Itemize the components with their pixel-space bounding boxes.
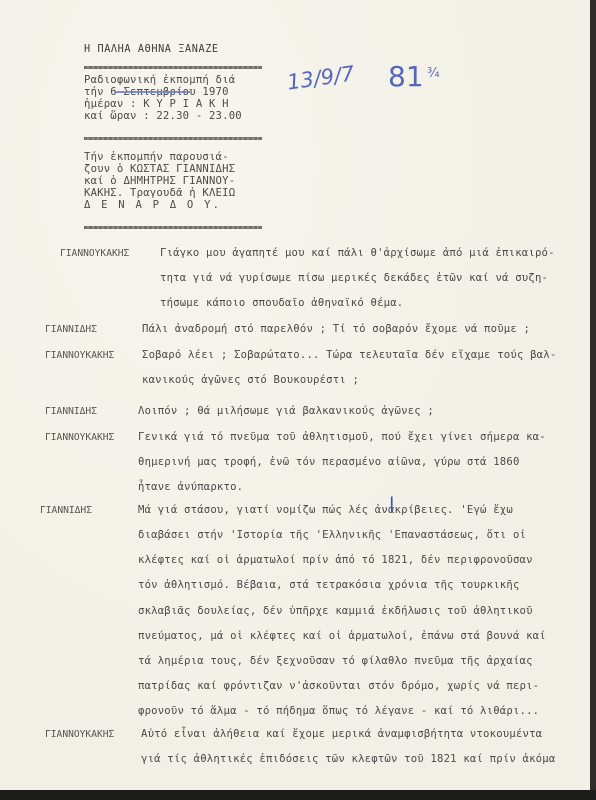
dialogue-line: σκλαβιᾶς δουλείας, δέν ὑπῆρχε καμμιά ἐκδ… xyxy=(138,605,533,617)
broadcast-line: καί ὥραν : 22.30 - 23.00 xyxy=(84,110,242,122)
document-title: Η ΠΑΛΗΑ ΑΘΗΝΑ ΞΑΝΑΖΕ xyxy=(84,44,219,55)
divider-rule xyxy=(84,137,262,140)
dialogue-line: Πάλι ἀναδρομή στό παρελθόν ; Τί τό σοβαρ… xyxy=(142,323,530,335)
dialogue-line: τήσωμε κάποιο σπουδαῖο ἀθηναϊκό θέμα. xyxy=(160,297,403,309)
dialogue-line: τητα γιά νά γυρίσωμε πίσω μερικές δεκάδε… xyxy=(160,272,548,284)
speaker-label: ΓΙΑΝΝΟΥΚΑΚΗΣ xyxy=(45,350,114,361)
scan-edge xyxy=(0,790,596,800)
dialogue-line: Γενικά γιά τό πνεῦμα τοῦ ἀθλητισμοῦ, πού… xyxy=(138,431,546,443)
dialogue-line: Μά γιά στάσου, γιατί νομίζω πώς λές ἀνακ… xyxy=(138,504,513,516)
broadcast-line: ἡμέραν : Κ Υ Ρ Ι Α Κ Η xyxy=(84,98,229,110)
presenters-line: καί ὁ ΔΗΜΗΤΡΗΣ ΓΙΑΝΝΟΥ- xyxy=(84,175,235,187)
dialogue-line: θημερινή μας τροφή, ἐνῶ τόν περασμένο αἰ… xyxy=(138,456,520,468)
speaker-label: ΓΙΑΝΝΟΥΚΑΚΗΣ xyxy=(45,729,114,740)
dialogue-line: γιά τίς ἀθλητικές ἐπιδόσεις τῶν κλεφτῶν … xyxy=(141,753,555,765)
speaker-label: ΓΙΑΝΝΙΔΗΣ xyxy=(40,505,92,516)
divider-rule xyxy=(84,66,262,69)
speaker-label: ΓΙΑΝΝΙΔΗΣ xyxy=(45,406,97,417)
dialogue-line: φρονοῦν τό ἅλμα - τό πήδημα ὅπως τό λέγα… xyxy=(138,705,539,717)
speaker-label: ΓΙΑΝΝΟΥΚΑΚΗΣ xyxy=(45,432,114,443)
handwritten-correction-mark: | xyxy=(389,494,394,512)
dialogue-line: Γιάγκο μου ἀγαπητέ μου καί πάλι θ'ἀρχίσω… xyxy=(160,247,555,259)
dialogue-line: πνεύματος, μά οἱ κλέφτες καί οἱ ἁρματωλο… xyxy=(138,630,546,642)
divider-rule xyxy=(84,226,262,229)
dialogue-line: πατρίδας καί φρόντιζαν ν'ἀσκοῦνται στόν … xyxy=(138,680,539,692)
dialogue-line: τόν ἀθλητισμό. Βέβαια, στά τετρακόσια χρ… xyxy=(138,579,520,591)
typewritten-page: Η ΠΑΛΗΑ ΑΘΗΝΑ ΞΑΝΑΖΕ Ραδιοφωνική ἐκπομπή… xyxy=(0,0,590,790)
dialogue-line: κλέφτες καί οἱ ἁρματωλοί πρίν ἀπό τό 182… xyxy=(138,554,533,566)
dialogue-line: Λοιπόν ; θά μιλήσωμε γιά βαλκανικούς ἀγῶ… xyxy=(138,405,434,417)
handwritten-date: 13/9/7 xyxy=(286,61,356,94)
dialogue-line: τά λημέρια τους, δέν ξεχνοῦσαν τό φίλαθλ… xyxy=(138,655,533,667)
speaker-label: ΓΙΑΝΝΟΥΚΑΚΗΣ xyxy=(60,248,129,259)
dialogue-line: διαβάσει στήν 'Ιστορία τῆς 'Ελληνικῆς 'Ε… xyxy=(138,529,526,541)
broadcast-line: Ραδιοφωνική ἐκπομπή διά xyxy=(84,74,235,86)
presenters-line: Τήν ἐκπομπήν παρουσιά- xyxy=(84,151,229,163)
handwritten-strikethrough xyxy=(114,91,190,93)
presenters-line: ζουν ὁ ΚΩΣΤΑΣ ΓΙΑΝΝΙΔΗΣ xyxy=(84,163,235,175)
dialogue-line: κανικούς ἀγῶνες στό Βουκουρέστι ; xyxy=(142,374,359,386)
dialogue-line: ἦτανε ἀνύπαρκτο. xyxy=(138,481,243,493)
dialogue-line: Σοβαρό λέει ; Σοβαρώτατο... Τώρα τελευτα… xyxy=(142,349,556,361)
dialogue-line: Αὐτό εἶναι ἀλήθεια καί ἔχομε μερικά ἀναμ… xyxy=(141,728,542,740)
presenters-line: Δ Ε Ν Α Ρ Δ Ο Υ. xyxy=(84,199,221,211)
scan-edge xyxy=(590,0,596,800)
speaker-label: ΓΙΑΝΝΙΔΗΣ xyxy=(45,324,97,335)
presenters-line: ΚΑΚΗΣ. Τραγουδᾶ ἡ ΚΛΕΙΩ xyxy=(84,187,235,199)
handwritten-page-number: 81 xyxy=(388,60,424,93)
handwritten-fraction: ¾ xyxy=(427,66,440,81)
